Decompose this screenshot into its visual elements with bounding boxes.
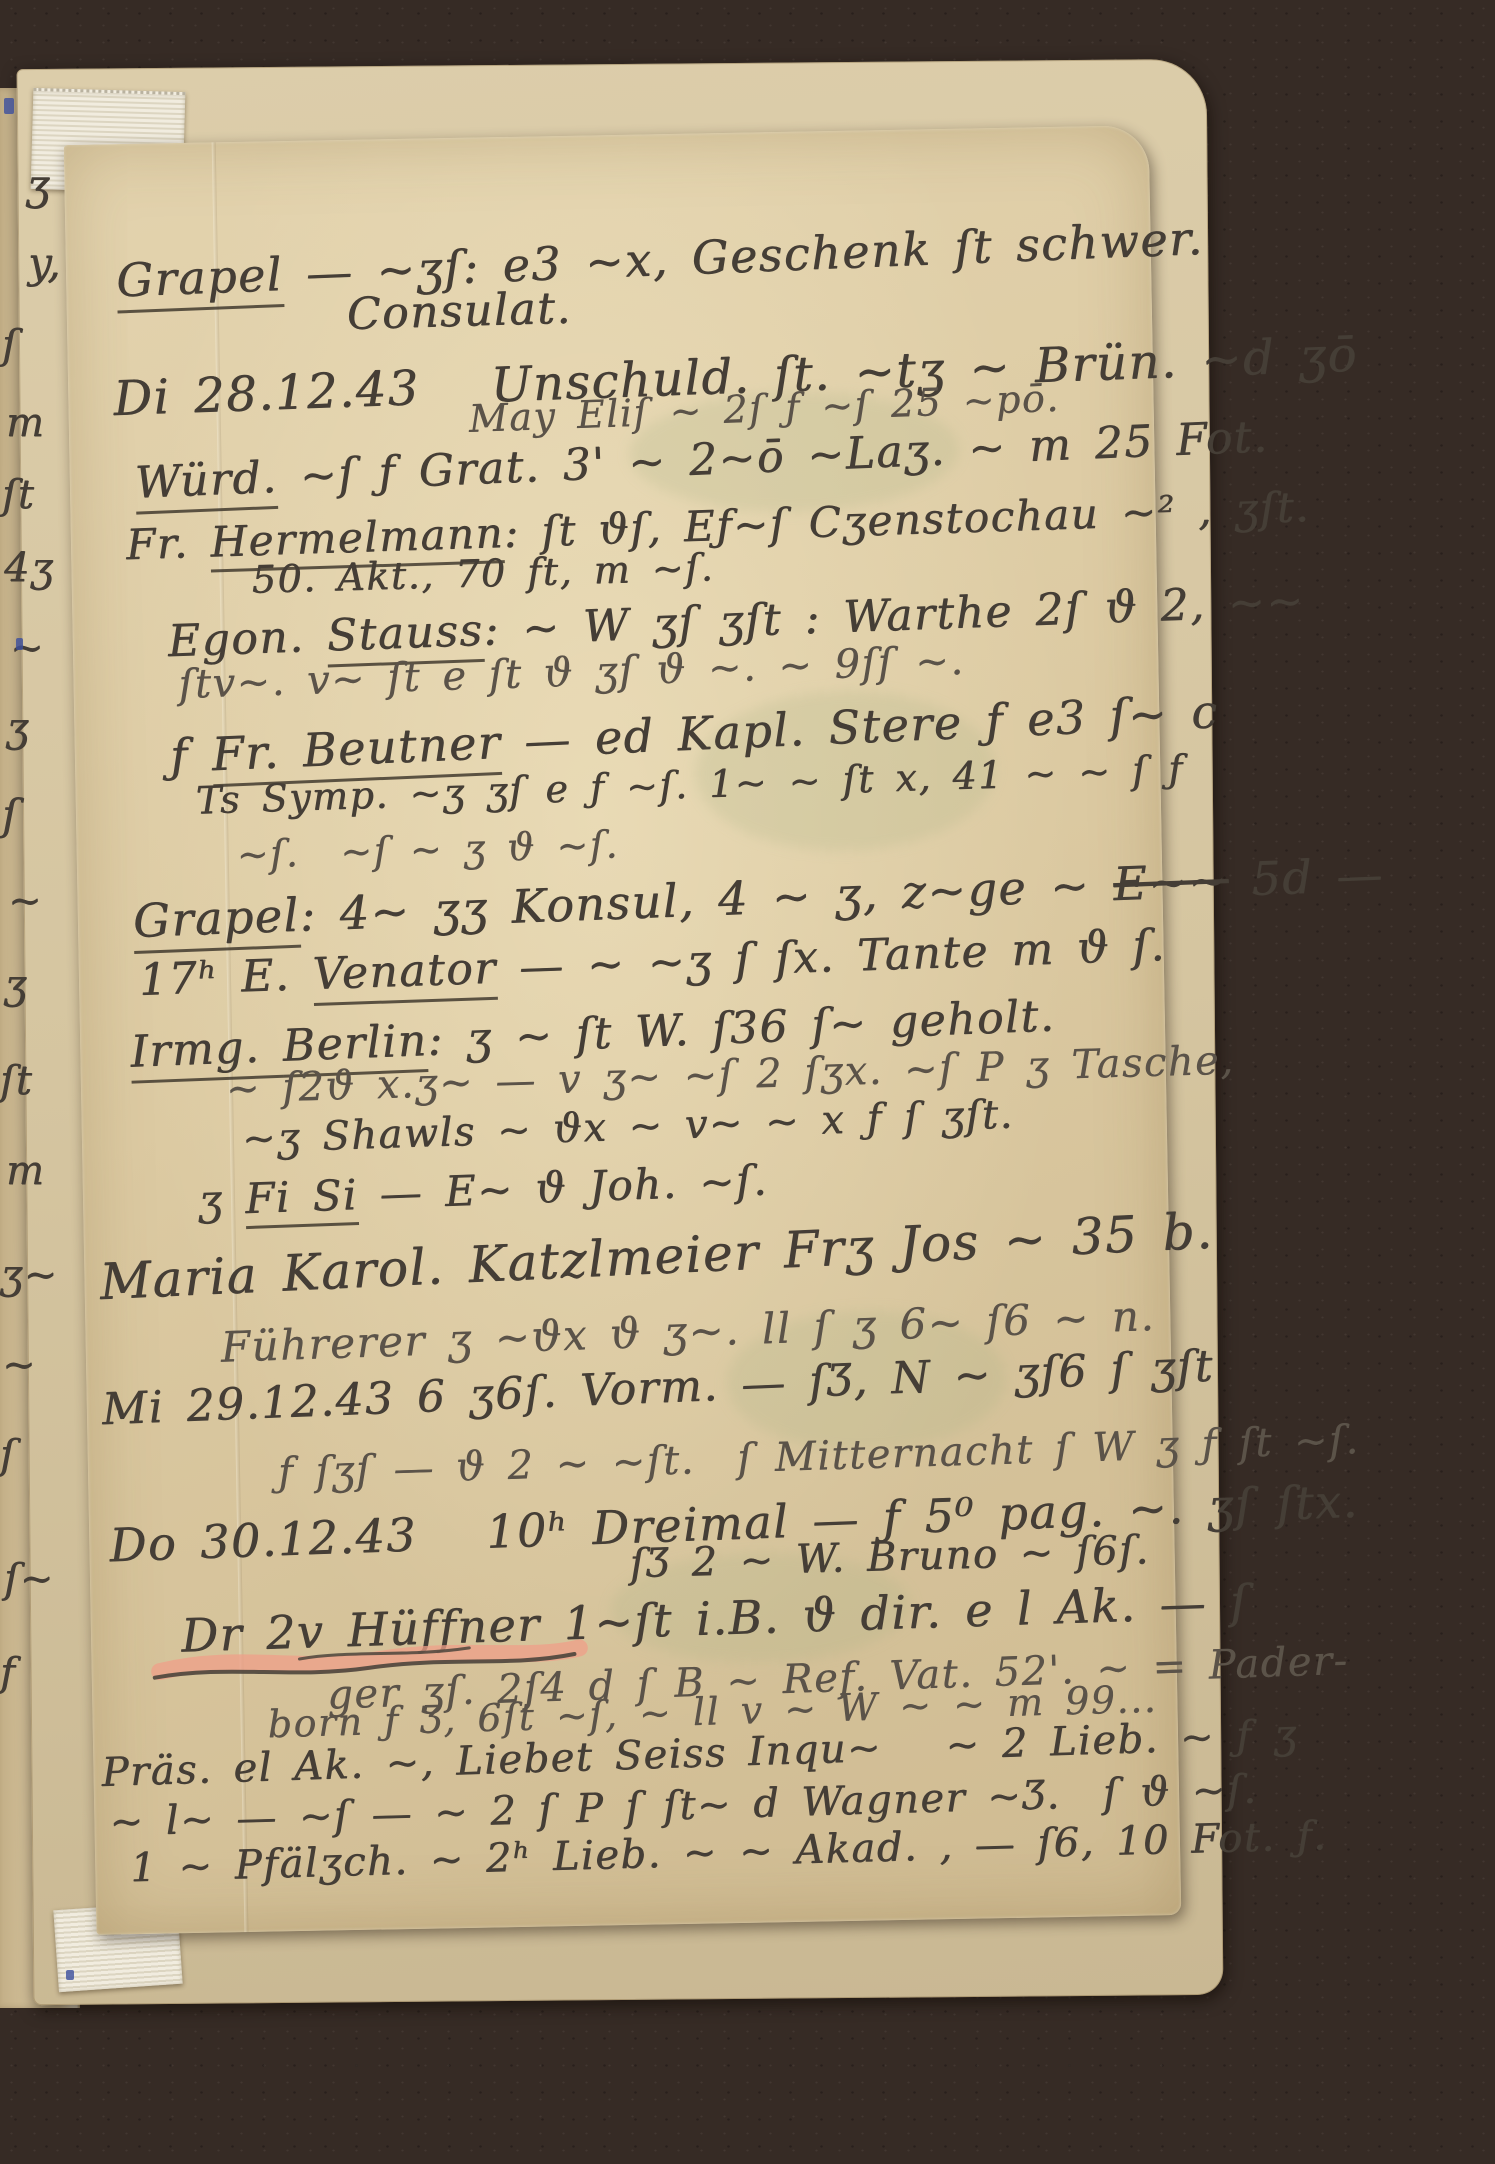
- manuscript-line: Consulat.: [346, 287, 572, 337]
- gutter-text-fragment: ſ: [2, 322, 18, 368]
- gutter-text-fragment: ƒ: [0, 1650, 16, 1696]
- manuscript-line: ſƷ 2 ~ W. Bruno ~ ſ6ſ.: [629, 1530, 1150, 1584]
- manuscript-text: Grapel: [115, 247, 284, 313]
- gutter-text-fragment: m: [6, 400, 45, 446]
- manuscript-text: 5d —: [1227, 847, 1384, 907]
- gutter-text-fragment: ſt: [2, 472, 35, 518]
- manuscript-text: ƒ: [169, 727, 213, 783]
- manuscript-text: ʒ: [197, 1174, 246, 1225]
- manuscript-line: 50. Akt., 70 ft, m ~ſ.: [251, 548, 714, 598]
- gutter-text-fragment: ~: [2, 1342, 37, 1388]
- gutter-text-fragment: 4ʒ: [4, 545, 54, 591]
- manuscript-text: Grapel: [132, 888, 301, 954]
- manuscript-text: E~~: [1112, 853, 1229, 911]
- manuscript-text: Würd.: [134, 452, 279, 515]
- gutter-text-fragment: ʒ: [6, 705, 30, 751]
- book-scan: Grapel — ~ʒſ: e3 ~x, Geschenk ſt schwer.…: [0, 0, 1495, 2164]
- manuscript-text: Consulat.: [346, 283, 572, 340]
- blue-ink-speck: [16, 638, 23, 650]
- manuscript-page: Grapel — ~ʒſ: e3 ~x, Geschenk ſt schwer.…: [64, 125, 1182, 1935]
- gutter-text-fragment: m: [6, 1148, 45, 1194]
- manuscript-line: Grapel — ~ʒſ: e3 ~x, Geschenk ſt schwer.: [115, 215, 1204, 304]
- manuscript-text: Fr.: [125, 518, 211, 570]
- gutter-text-fragment: ʒ: [26, 160, 51, 209]
- blue-ink-speck: [66, 1970, 74, 1980]
- manuscript-text: ~ſ. ~ſ ~ ʒ ϑ ~ſ.: [236, 822, 619, 876]
- gutter-text-fragment: ʒ: [4, 962, 28, 1008]
- gutter-text-fragment: ſ: [0, 1432, 16, 1478]
- gutter-text-fragment: y,: [28, 238, 62, 287]
- gutter-text-fragment: ſ: [2, 790, 19, 839]
- manuscript-text: Venator: [312, 943, 498, 1006]
- blue-ink-speck: [4, 98, 14, 114]
- gutter-text-fragment: ſt: [0, 1058, 33, 1104]
- gutter-text-fragment: ʒ~: [0, 1252, 58, 1298]
- manuscript-text: — E~ ϑ Joh. ~ſ.: [357, 1155, 769, 1219]
- manuscript-text: — ~ ~ʒ ſ ſx. Tante m ϑ ſ.: [496, 920, 1167, 994]
- gutter-text-fragment: ~: [8, 878, 43, 924]
- manuscript-text: Fi Si: [244, 1170, 359, 1229]
- manuscript-line: ~ſ. ~ſ ~ ʒ ϑ ~ſ.: [236, 825, 619, 873]
- red-pencil-underline: [149, 1634, 590, 1690]
- gutter-text-fragment: ſ~: [4, 1556, 54, 1602]
- manuscript-text: 17ʰ E.: [138, 949, 313, 1006]
- manuscript-line: ʒ Fi Si — E~ ϑ Joh. ~ſ.: [197, 1159, 768, 1221]
